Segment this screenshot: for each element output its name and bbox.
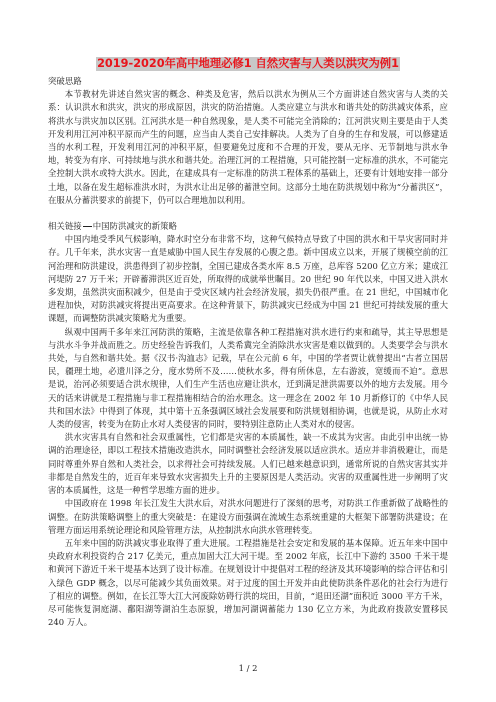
heading-separator: [83, 226, 92, 227]
spacer: [48, 207, 448, 220]
paragraph: 本节教材先讲述自然灾害的概念、种类及危害，然后以洪水为例从三个方面讲述自然灾害与…: [48, 88, 448, 207]
document-title: 2019-2020年高中地理必修1 自然灾害与人类以洪灾为例1: [96, 57, 400, 71]
related-link-title: 中国防洪减灾的新策略: [93, 221, 177, 231]
paragraph: 五年来中国的防洪减灾事业取得了重大进展。工程措施是社会安定和发展的基本保障。近五…: [48, 537, 448, 629]
title-container: 2019-2020年高中地理必修1 自然灾害与人类以洪灾为例1: [0, 52, 496, 71]
section-heading-related-link: 相关链接中国防洪减灾的新策略: [48, 220, 448, 233]
document-page: 2019-2020年高中地理必修1 自然灾害与人类以洪灾为例1 突破思路 本节教…: [0, 0, 496, 702]
paragraph: 洪水灾害具有自然和社会双重属性，它们都是灾害的本质属性，缺一不成其为灾害。由此引…: [48, 431, 448, 497]
paragraph: 纵观中国两千多年来江河防洪的策略，主流是依靠各种工程措施对洪水进行约束和疏导，其…: [48, 326, 448, 432]
paragraph: 中国政府在 1998 年长江发生大洪水后，对洪水问题进行了深刻的思考，对防洪工作…: [48, 497, 448, 537]
section-heading-breakthrough: 突破思路: [48, 75, 448, 88]
document-body: 突破思路 本节教材先讲述自然灾害的概念、种类及危害，然后以洪水为例从三个方面讲述…: [48, 75, 448, 629]
page-indicator: 1 / 2: [0, 663, 496, 673]
related-link-label: 相关链接: [48, 221, 82, 231]
paragraph: 中国内地受季风气候影响，降水时空分布非常不均，这种气候特点导致了中国的洪水和干旱…: [48, 233, 448, 325]
